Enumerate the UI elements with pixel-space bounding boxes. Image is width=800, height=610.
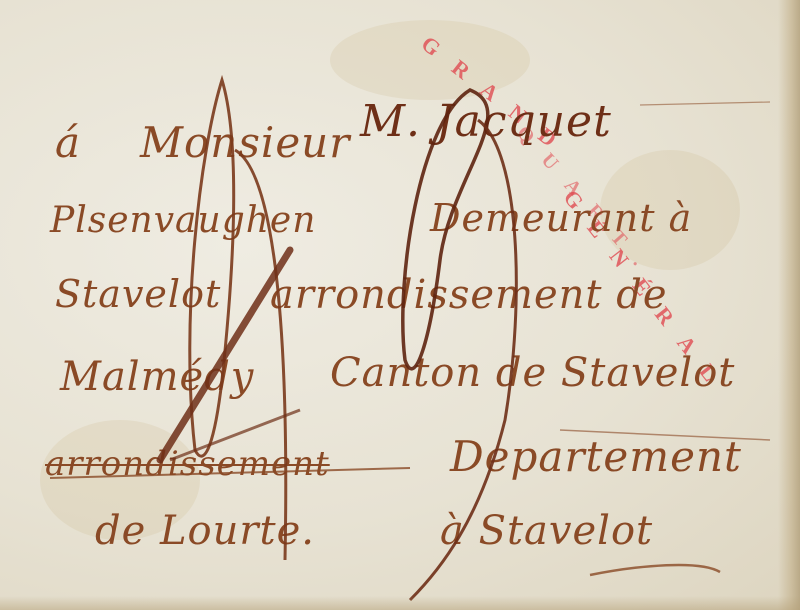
letter-cover: G R A N D Q U A R T . G É N É R A L á Mo… bbox=[0, 0, 800, 610]
paper-edge-right bbox=[778, 0, 800, 610]
paper-edge-bottom bbox=[0, 596, 800, 610]
rating-marks bbox=[0, 0, 800, 610]
